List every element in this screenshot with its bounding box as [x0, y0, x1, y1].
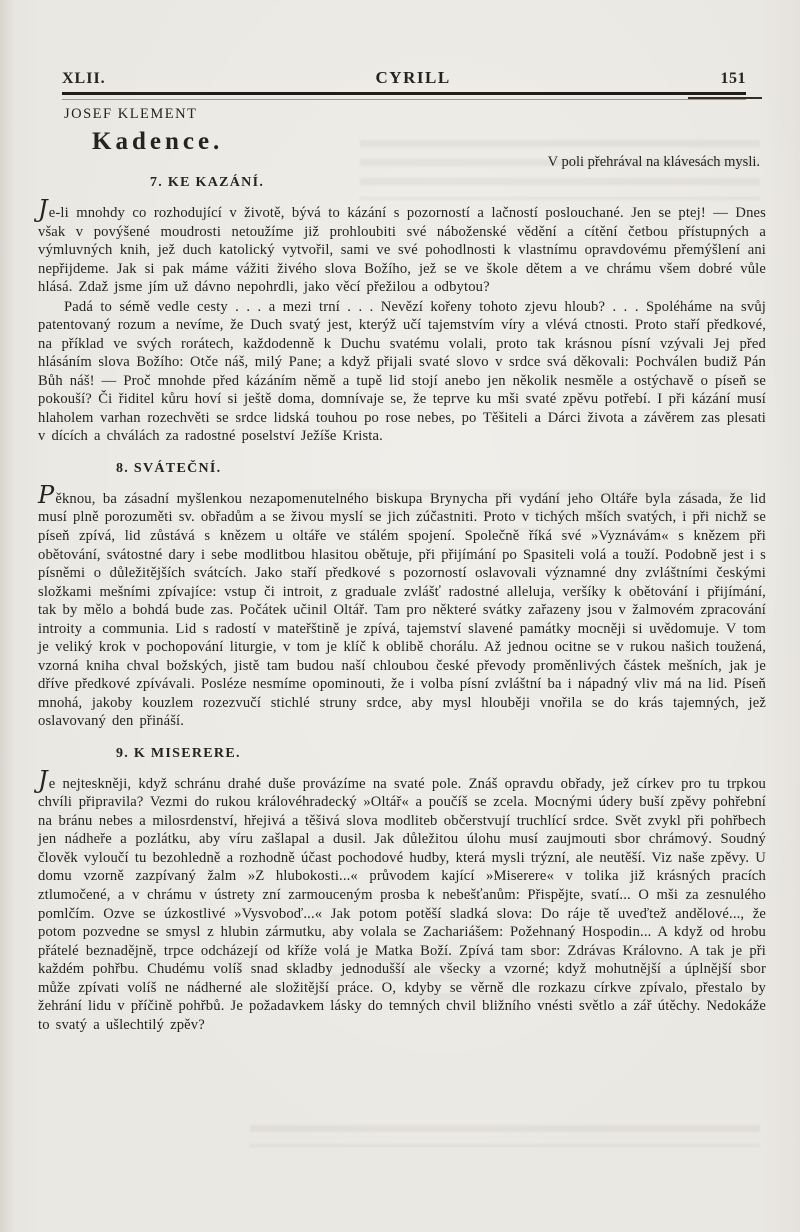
- drop-initial: J: [38, 766, 48, 794]
- journal-title: CYRILL: [376, 68, 451, 88]
- section-heading-8: 8. SVÁTEČNÍ.: [116, 461, 766, 477]
- paragraph-text: ěknou, ba zásadní myšlenkou nezapomenute…: [38, 491, 766, 729]
- paragraph: Pěknou, ba zásadní myšlenkou nezapomenut…: [38, 486, 766, 731]
- drop-initial: P: [38, 481, 54, 509]
- running-head: XLII. CYRILL 151: [62, 68, 746, 88]
- author-byline: JOSEF KLEMENT: [64, 106, 766, 123]
- volume-number: XLII.: [62, 70, 106, 88]
- article-title: Kadence.: [92, 128, 766, 156]
- margin-note: V poli přehrával na klávesách mysli.: [38, 154, 760, 171]
- scanned-journal-page: XLII. CYRILL 151 JOSEF KLEMENT Kadence. …: [0, 0, 800, 1232]
- header-rule-thick: [62, 92, 746, 95]
- section-heading-7: 7. KE KAZÁNÍ.: [150, 175, 766, 191]
- bleed-through-artifact: [250, 1125, 760, 1147]
- page-number: 151: [721, 70, 747, 88]
- paragraph: Padá to sémě vedle cesty . . . a mezi tr…: [38, 298, 766, 446]
- paragraph: Je-li mnohdy co rozhodující v životě, bý…: [38, 200, 766, 297]
- paragraph-text: e nejteskněji, když schránu drahé duše p…: [38, 776, 766, 1033]
- drop-initial: J: [38, 195, 48, 223]
- paragraph: Je nejteskněji, když schránu drahé duše …: [38, 771, 766, 1034]
- header-rule-thin: [62, 99, 746, 100]
- paragraph-text: Padá to sémě vedle cesty . . . a mezi tr…: [38, 299, 766, 445]
- paragraph-text: e-li mnohdy co rozhodující v životě, býv…: [38, 205, 766, 295]
- article: JOSEF KLEMENT Kadence. V poli přehrával …: [38, 106, 766, 1034]
- page-number-underline: [688, 97, 762, 99]
- section-heading-9: 9. K MISERERE.: [116, 746, 766, 762]
